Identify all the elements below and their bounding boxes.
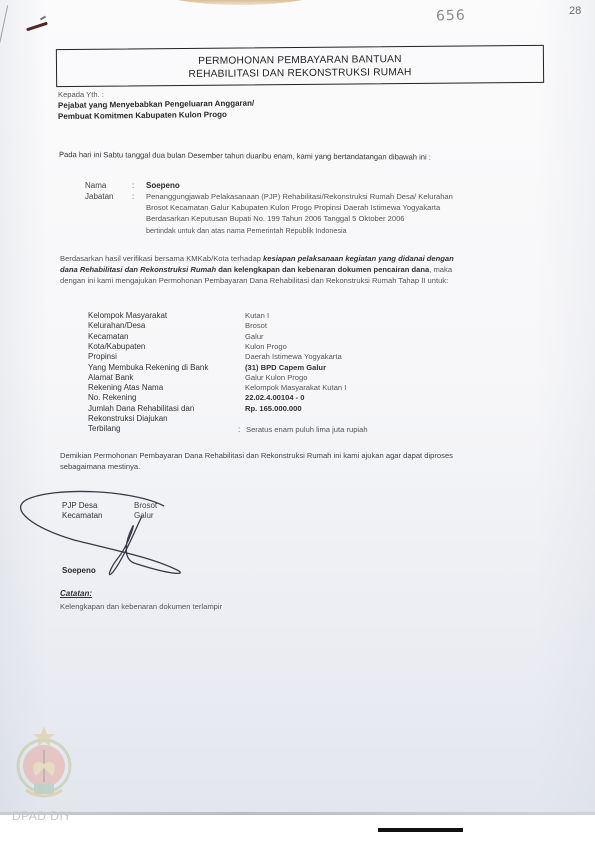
detail-label: Kecamatan bbox=[88, 332, 128, 341]
detail-label: Kelompok Masyarakat bbox=[88, 311, 167, 320]
watermark-label: DPAD DIY bbox=[12, 809, 72, 823]
title-line-2: REHABILITASI DAN REKONSTRUKSI RUMAH bbox=[57, 66, 543, 81]
detail-value: Kulon Progo bbox=[245, 342, 287, 351]
detail-label: Jumlah Dana Rehabilitasi dan bbox=[88, 404, 194, 413]
position-colon: : bbox=[132, 192, 134, 201]
body-line-3: dengan ini kami mengajukan Permohonan Pe… bbox=[60, 276, 448, 285]
body-line-2-tail: , maka bbox=[429, 265, 452, 274]
kecamatan-value: Galur bbox=[134, 511, 154, 520]
detail-label: Kelurahan/Desa bbox=[88, 321, 145, 330]
detail-label: Terbilang bbox=[88, 424, 120, 433]
detail-value: (31) BPD Capem Galur bbox=[245, 363, 326, 372]
detail-value: Rp. 165.000.000 bbox=[245, 404, 302, 413]
detail-value: Kutan I bbox=[245, 311, 269, 320]
dpad-emblem-icon bbox=[14, 724, 74, 802]
name-colon: : bbox=[132, 181, 134, 190]
name-value: Soepeno bbox=[146, 181, 180, 190]
position-label: Jabatan bbox=[85, 192, 113, 201]
body-line-1-plain: Berdasarkan hasil verifikasi bersama KMK… bbox=[60, 254, 263, 263]
body-line-2-plain: dan kelengkapan dan kebenaran dokumen pe… bbox=[216, 265, 429, 274]
position-line-3: Berdasarkan Keputusan Bupati No. 199 Tah… bbox=[146, 214, 405, 223]
detail-label: Yang Membuka Rekening di Bank bbox=[88, 363, 208, 372]
pjp-desa-label: PJP Desa bbox=[62, 501, 97, 510]
detail-value: Galur bbox=[245, 332, 264, 341]
body-line-2: dana Rehabilitasi dan Rekonstruksi Rumah… bbox=[60, 265, 452, 274]
detail-value: Galur Kulon Progo bbox=[245, 373, 307, 382]
note-heading: Catatan: bbox=[60, 589, 92, 598]
signer-name: Soepeno bbox=[62, 566, 96, 575]
handwritten-page-number: 656 bbox=[436, 7, 466, 24]
detail-value: 22.02.4.00104 - 0 bbox=[245, 393, 305, 402]
detail-value: Kelompok Masyarakat Kutan I bbox=[245, 383, 346, 392]
detail-value: Brosot bbox=[245, 321, 267, 330]
detail-label: Alamat Bank bbox=[88, 373, 133, 382]
body-line-1: Berdasarkan hasil verifikasi bersama KMK… bbox=[60, 254, 454, 263]
detail-label: No. Rekening bbox=[88, 393, 136, 402]
position-line-1: Penanggungjawab Pelakasanaan (PJP) Rehab… bbox=[146, 192, 453, 201]
name-label: Nama bbox=[85, 181, 106, 190]
page-bottom-edge bbox=[0, 812, 595, 815]
salutation: Kepada Yth. : bbox=[58, 90, 104, 99]
bottom-bar bbox=[378, 828, 463, 832]
detail-value: Daerah Istimewa Yogyakarta bbox=[245, 352, 342, 361]
pjp-desa-value: Brosot bbox=[134, 501, 157, 510]
detail-label: Rekening Atas Nama bbox=[88, 383, 163, 392]
detail-value: Seratus enam puluh lima juta rupiah bbox=[246, 425, 368, 434]
kecamatan-label: Kecamatan bbox=[62, 511, 102, 520]
signature-scribble bbox=[14, 488, 214, 588]
note-text: Kelengkapan dan kebenaran dokumen terlam… bbox=[60, 602, 222, 611]
corner-mark: 28 bbox=[569, 5, 581, 17]
detail-colon: : bbox=[238, 425, 240, 434]
body-line-2-emphasis: dana Rehabilitasi dan Rekonstruksi Rumah bbox=[60, 265, 216, 274]
body-line-1-emphasis: kesiapan pelaksanaan kegiatan yang didan… bbox=[263, 254, 454, 263]
position-line-2: Brosot Kecamatan Galur Kabupaten Kulon P… bbox=[146, 203, 440, 212]
detail-label: Rekonstruksi Diajukan bbox=[88, 414, 168, 423]
closing-line-2: sebagaimana mestinya. bbox=[60, 462, 140, 471]
closing-line-1: Demikian Permohonan Pembayaran Dana Reha… bbox=[60, 451, 453, 460]
title-box: PERMOHONAN PEMBAYARAN BANTUAN REHABILITA… bbox=[56, 45, 544, 87]
position-line-4: bertindak untuk dan atas nama Pemerintah… bbox=[146, 226, 347, 235]
detail-label: Propinsi bbox=[88, 352, 117, 361]
detail-label: Kota/Kabupaten bbox=[88, 342, 145, 351]
